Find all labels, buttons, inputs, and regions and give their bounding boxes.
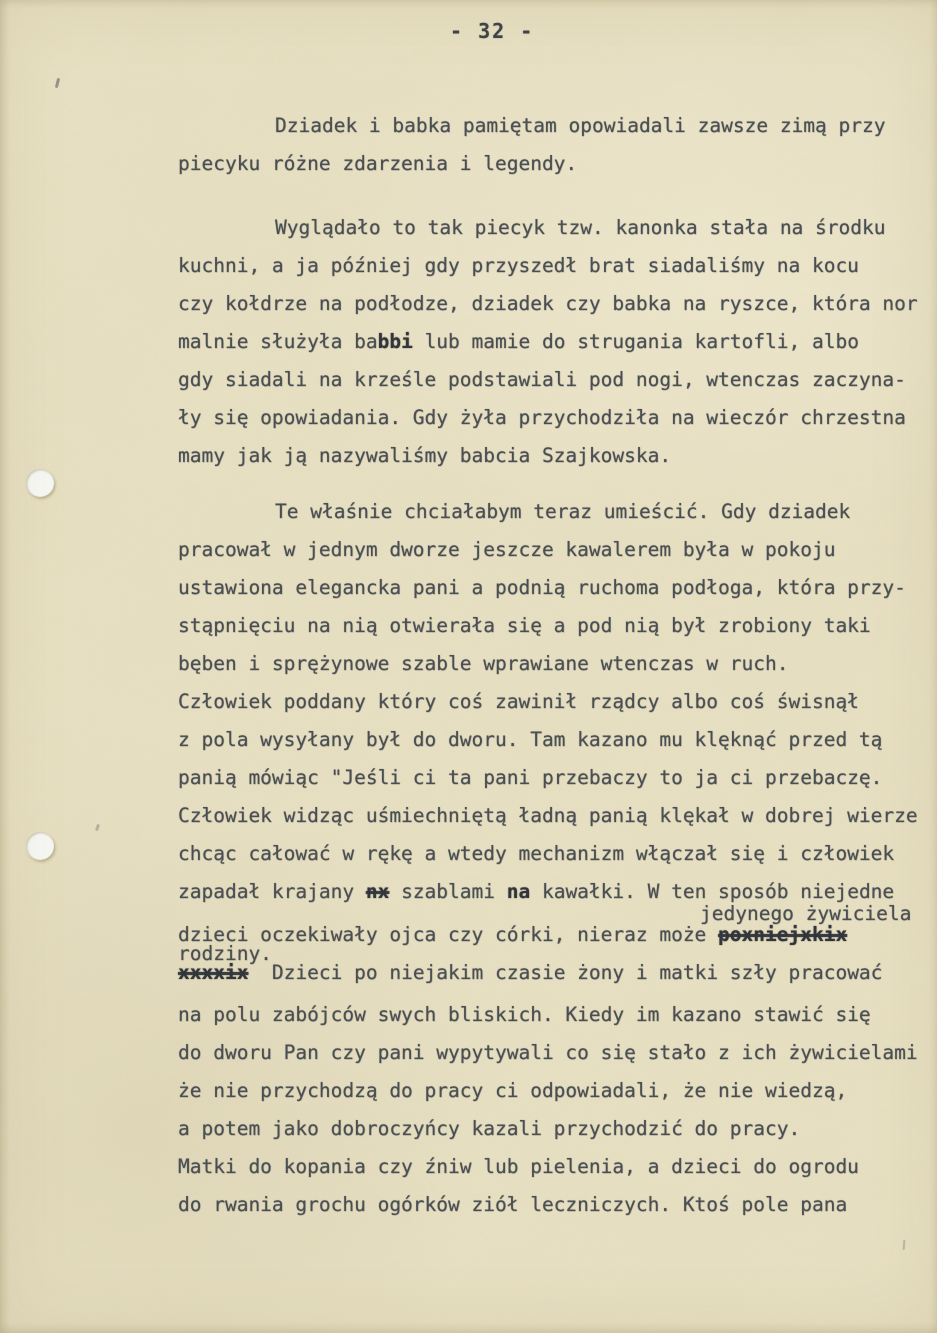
typed-text: Człowiek widząc uśmiechniętą ładną panią…	[178, 804, 918, 827]
text-line: z pola wysyłany był do dworu. Tam kazano…	[178, 721, 937, 759]
paper-speck	[55, 78, 60, 88]
typed-text: gdy siadali na krześle podstawiali pod n…	[178, 368, 906, 391]
paper-speck	[95, 824, 100, 832]
text-line: do dworu Pan czy pani wypytywali co się …	[178, 1034, 937, 1072]
typed-text: Człowiek poddany który coś zawinił rządc…	[178, 690, 859, 713]
text-line: chcąc całować w rękę a wtedy mechanizm w…	[178, 835, 937, 873]
text-line: piecyku różne zdarzenia i legendy.	[178, 145, 937, 183]
typed-text: Dziadek i babka pamiętam opowiadali zaws…	[275, 114, 885, 137]
typed-text: szablami	[389, 880, 506, 903]
overtyped-text: na	[507, 880, 530, 903]
typed-text: chcąc całować w rękę a wtedy mechanizm w…	[178, 842, 894, 865]
struck-text: nx	[366, 880, 389, 903]
typed-text: stąpnięciu na nią otwierała się a pod ni…	[178, 614, 871, 637]
text-line: że nie przychodzą do pracy ci odpowiadal…	[178, 1072, 937, 1110]
text-line: na polu zabójców swych bliskich. Kiedy i…	[178, 996, 937, 1034]
text-line: bęben i sprężynowe szable wprawiane wten…	[178, 645, 937, 683]
text-line: xxxxix Dzieci po niejakim czasie żony i …	[178, 965, 937, 985]
typed-text: pracował w jednym dworze jeszcze kawaler…	[178, 538, 835, 561]
typed-text: że nie przychodzą do pracy ci odpowiadal…	[178, 1079, 847, 1102]
paragraph: Te właśnie chciałabym teraz umieścić. Gd…	[178, 493, 937, 984]
paragraph: na polu zabójców swych bliskich. Kiedy i…	[178, 996, 937, 1224]
overtyped-text: bbi	[378, 330, 413, 353]
text-line: kuchni, a ja później gdy przyszedł brat …	[178, 247, 937, 285]
typed-text: kuchni, a ja później gdy przyszedł brat …	[178, 254, 859, 277]
page-number: - 32 -	[450, 19, 534, 43]
text-line: mamy jak ją nazywaliśmy babcia Szajkowsk…	[178, 437, 937, 475]
typed-text: lub mamie do strugania kartofli, albo	[413, 330, 859, 353]
typed-text: panią mówiąc "Jeśli ci ta pani przebaczy…	[178, 766, 882, 789]
text-line: Dziadek i babka pamiętam opowiadali zaws…	[178, 107, 937, 145]
text-line: panią mówiąc "Jeśli ci ta pani przebaczy…	[178, 759, 937, 797]
text-line: Człowiek widząc uśmiechniętą ładną panią…	[178, 797, 937, 835]
paragraph: Wyglądało to tak piecyk tzw. kanonka sta…	[178, 209, 937, 475]
typed-text: do rwania grochu ogórków ziół leczniczyc…	[178, 1193, 847, 1216]
paragraph: Dziadek i babka pamiętam opowiadali zaws…	[178, 107, 937, 183]
text-line: ły się opowiadania. Gdy żyła przychodził…	[178, 399, 937, 437]
text-line: gdy siadali na krześle podstawiali pod n…	[178, 361, 937, 399]
typed-text: na polu zabójców swych bliskich. Kiedy i…	[178, 1003, 871, 1026]
text-line: Te właśnie chciałabym teraz umieścić. Gd…	[178, 493, 937, 531]
typed-text: ustawiona elegancka pani a podnią ruchom…	[178, 576, 906, 599]
typed-text: czy kołdrze na podłodze, dziadek czy bab…	[178, 292, 918, 315]
hole-punch-bottom	[26, 832, 54, 860]
text-line: dzieci oczekiwały ojca czy córki, nieraz…	[178, 925, 937, 945]
typed-text: kawałki. W ten sposób niejedne	[530, 880, 894, 903]
paper-speck	[903, 1240, 906, 1250]
typed-text: Matki do kopania czy źniw lub pielenia, …	[178, 1155, 859, 1178]
typed-text: malnie służyła ba	[178, 330, 378, 353]
typed-text: ły się opowiadania. Gdy żyła przychodził…	[178, 406, 906, 429]
typed-text: Te właśnie chciałabym teraz umieścić. Gd…	[275, 500, 850, 523]
struck-text: xxxxix	[178, 961, 248, 984]
text-line: stąpnięciu na nią otwierała się a pod ni…	[178, 607, 937, 645]
typed-text: Dzieci po niejakim czasie żony i matki s…	[248, 961, 882, 984]
text-line: Matki do kopania czy źniw lub pielenia, …	[178, 1148, 937, 1186]
text-line: do rwania grochu ogórków ziół leczniczyc…	[178, 1186, 937, 1224]
text-line: Człowiek poddany który coś zawinił rządc…	[178, 683, 937, 721]
document-page: - 32 - Dziadek i babka pamiętam opowiada…	[0, 0, 937, 1333]
typed-text: z pola wysyłany był do dworu. Tam kazano…	[178, 728, 882, 751]
typed-text: do dworu Pan czy pani wypytywali co się …	[178, 1041, 918, 1064]
text-line: ustawiona elegancka pani a podnią ruchom…	[178, 569, 937, 607]
text-line: a potem jako dobroczyńcy kazali przychod…	[178, 1110, 937, 1148]
text-body: Dziadek i babka pamiętam opowiadali zaws…	[178, 107, 937, 1224]
struck-text: poxniejxkix	[718, 923, 847, 946]
typed-text: a potem jako dobroczyńcy kazali przychod…	[178, 1117, 800, 1140]
typed-text: bęben i sprężynowe szable wprawiane wten…	[178, 652, 788, 675]
text-line: czy kołdrze na podłodze, dziadek czy bab…	[178, 285, 937, 323]
text-line: pracował w jednym dworze jeszcze kawaler…	[178, 531, 937, 569]
typed-text: jedynego żywiciela	[700, 902, 911, 925]
typed-text: Wyglądało to tak piecyk tzw. kanonka sta…	[275, 216, 885, 239]
typed-text: mamy jak ją nazywaliśmy babcia Szajkowsk…	[178, 444, 671, 467]
hole-punch-top	[26, 469, 54, 497]
typed-text: zapadał krajany	[178, 880, 366, 903]
text-line: Wyglądało to tak piecyk tzw. kanonka sta…	[178, 209, 937, 247]
text-line: malnie służyła babbi lub mamie do struga…	[178, 323, 937, 361]
typed-text: piecyku różne zdarzenia i legendy.	[178, 152, 577, 175]
